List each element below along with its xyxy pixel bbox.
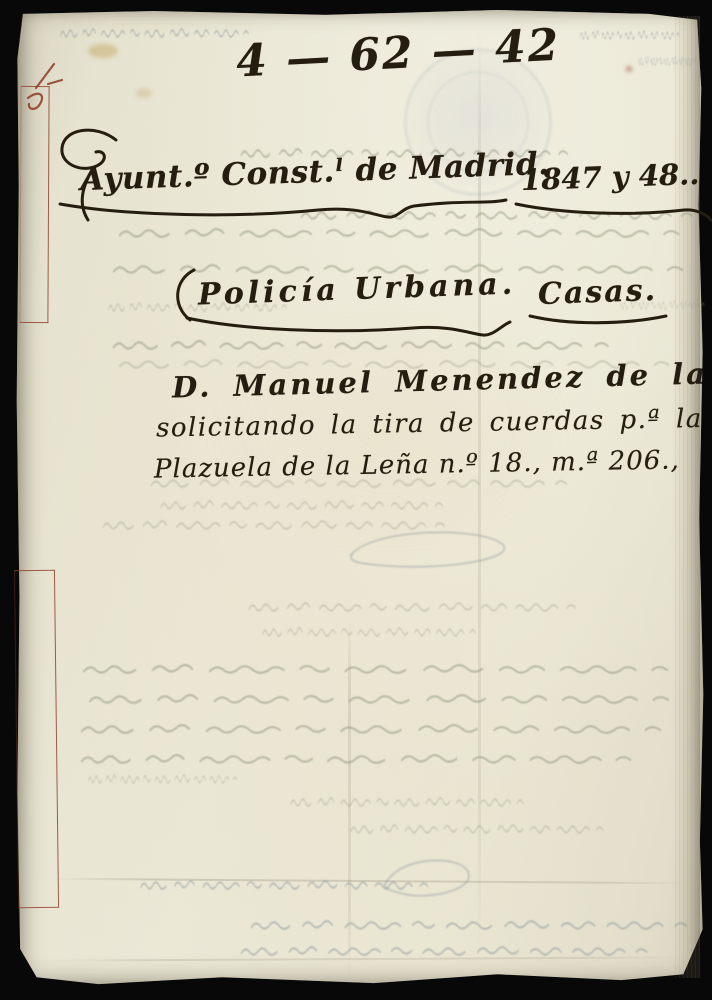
ghost-line [160,498,445,514]
ghost-line [88,772,238,788]
ghost-line [262,625,477,641]
heading-underline-flourish [58,196,508,224]
ghost-line [240,944,650,960]
casas-underline-flourish [528,310,668,332]
binding-stitch-top [19,86,49,323]
ghost-line [82,662,672,678]
ghost-line [638,54,696,70]
years-underline-flourish [514,198,712,224]
section-title-casas: Casas. [537,273,657,312]
binding-thread-end [24,60,64,116]
ghost-line [60,26,250,42]
bleed-through-flourish [330,518,520,574]
ghost-line [250,918,690,934]
ghost-line [580,28,680,44]
ghost-line [80,722,665,738]
heading-years: 1847 y 48.. [520,157,699,197]
ghost-line [350,822,605,838]
section-underline-flourish [183,312,513,340]
binding-stitch-bottom [14,570,59,908]
ghost-line [290,795,525,811]
document-scan: 4 — 62 — 42 Ayunt.º Const.ˡ de Madrid. 1… [0,0,712,1000]
ghost-line [88,692,673,708]
ghost-line [118,226,683,242]
ghost-line [80,752,635,768]
bleed-through-flourish [368,844,478,906]
ghost-line [248,600,578,616]
ghost-line [112,338,612,354]
